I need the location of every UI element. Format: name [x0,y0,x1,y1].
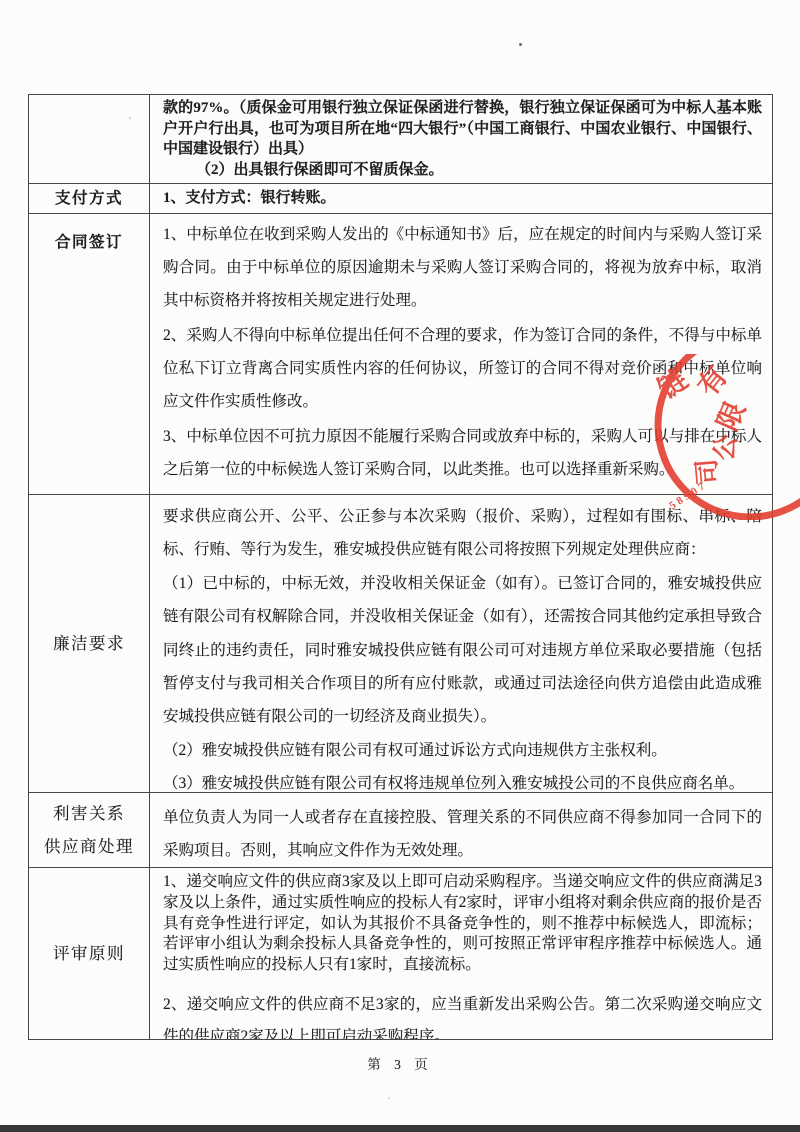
label-line: 廉洁要求 [53,627,125,660]
paragraph: （3）雅安城投供应链有限公司有权将违规单位列入雅安城投公司的不良供应商名单。 [163,767,762,792]
paragraph: （2）出具银行保函即可不留质保金。 [163,160,762,181]
company-seal-stamp: 链 有 限 公 司 58907 [648,354,800,520]
label-line: 合同签订 [55,226,123,259]
bottom-scan-edge-bar [0,1125,800,1132]
table-row-integrity-requirements: 廉洁要求 要求供应商公开、公平、公正参与本次采购（报价、采购），过程如有围标、串… [29,495,772,793]
row-content: 1、递交响应文件的供应商3家及以上即可启动采购程序。当递交响应文件的供应商满足3… [150,868,772,1039]
paragraph: 单位负责人为同一人或者存在直接控股、管理关系的不同供应商不得参加同一合同下的采购… [163,801,762,867]
table-row-related-supplier-handling: 利害关系供应商处理 单位负责人为同一人或者存在直接控股、管理关系的不同供应商不得… [29,793,772,868]
table-row-payment-method: 支付方式 1、支付方式：银行转账。 [29,184,772,214]
row-content: 1、支付方式：银行转账。 [150,184,772,213]
seal-char: 司 [692,458,723,486]
footer-page-number: 第 3 页 [0,1053,800,1073]
scanned-document-page: 款的97%。（质保金可用银行独立保证保函进行替换，银行独立保证保函可为中标人基本… [0,0,800,1132]
row-label: 廉洁要求 [29,495,150,792]
table-row-review-principles: 评审原则 1、递交响应文件的供应商3家及以上即可启动采购程序。当递交响应文件的供… [29,868,772,1039]
row-label: 利害关系供应商处理 [29,793,150,867]
row-label [29,95,150,183]
paragraph: 款的97%。（质保金可用银行独立保证保函进行替换，银行独立保证保函可为中标人基本… [163,98,762,160]
paragraph: 1、递交响应文件的供应商3家及以上即可启动采购程序。当递交响应文件的供应商满足3… [163,872,762,976]
scan-speck [129,117,131,119]
paragraph: （2）雅安城投供应链有限公司有权可通过诉讼方式向违规供方主张权利。 [163,734,762,767]
row-label: 评审原则 [29,868,150,1039]
row-label: 支付方式 [29,184,150,213]
paragraph: （1）已中标的，中标无效，并没收相关保证金（如有）。已签订合同的，雅安城投供应链… [163,567,762,734]
procurement-terms-table: 款的97%。（质保金可用银行独立保证保函进行替换，银行独立保证保函可为中标人基本… [28,94,773,1040]
paragraph: 2、递交响应文件的供应商不足3家的，应当重新发出采购公告。第二次采购递交响应文件… [163,989,762,1039]
label-line: 评审原则 [53,937,125,970]
row-content: 要求供应商公开、公平、公正参与本次采购（报价、采购），过程如有围标、串标、陪标、… [150,495,772,792]
paragraph: 1、支付方式：银行转账。 [163,187,762,209]
table-row-guarantee-continuation: 款的97%。（质保金可用银行独立保证保函进行替换，银行独立保证保函可为中标人基本… [29,95,772,184]
label-line: 支付方式 [55,184,123,213]
scan-speck [388,1097,390,1099]
seal-char: 限 [711,397,752,436]
paragraph: 1、中标单位在收到采购人发出的《中标通知书》后，应在规定的时间内与采购人签订采购… [163,218,762,317]
row-content: 单位负责人为同一人或者存在直接控股、管理关系的不同供应商不得参加同一合同下的采购… [150,793,772,867]
row-label: 合同签订 [29,214,150,494]
row-content: 款的97%。（质保金可用银行独立保证保函进行替换，银行独立保证保函可为中标人基本… [150,95,772,183]
seal-char: 有 [692,361,734,403]
label-line: 利害关系 [53,797,125,830]
scan-speck [519,43,522,46]
label-line: 供应商处理 [44,830,134,863]
seal-char: 链 [652,363,694,406]
